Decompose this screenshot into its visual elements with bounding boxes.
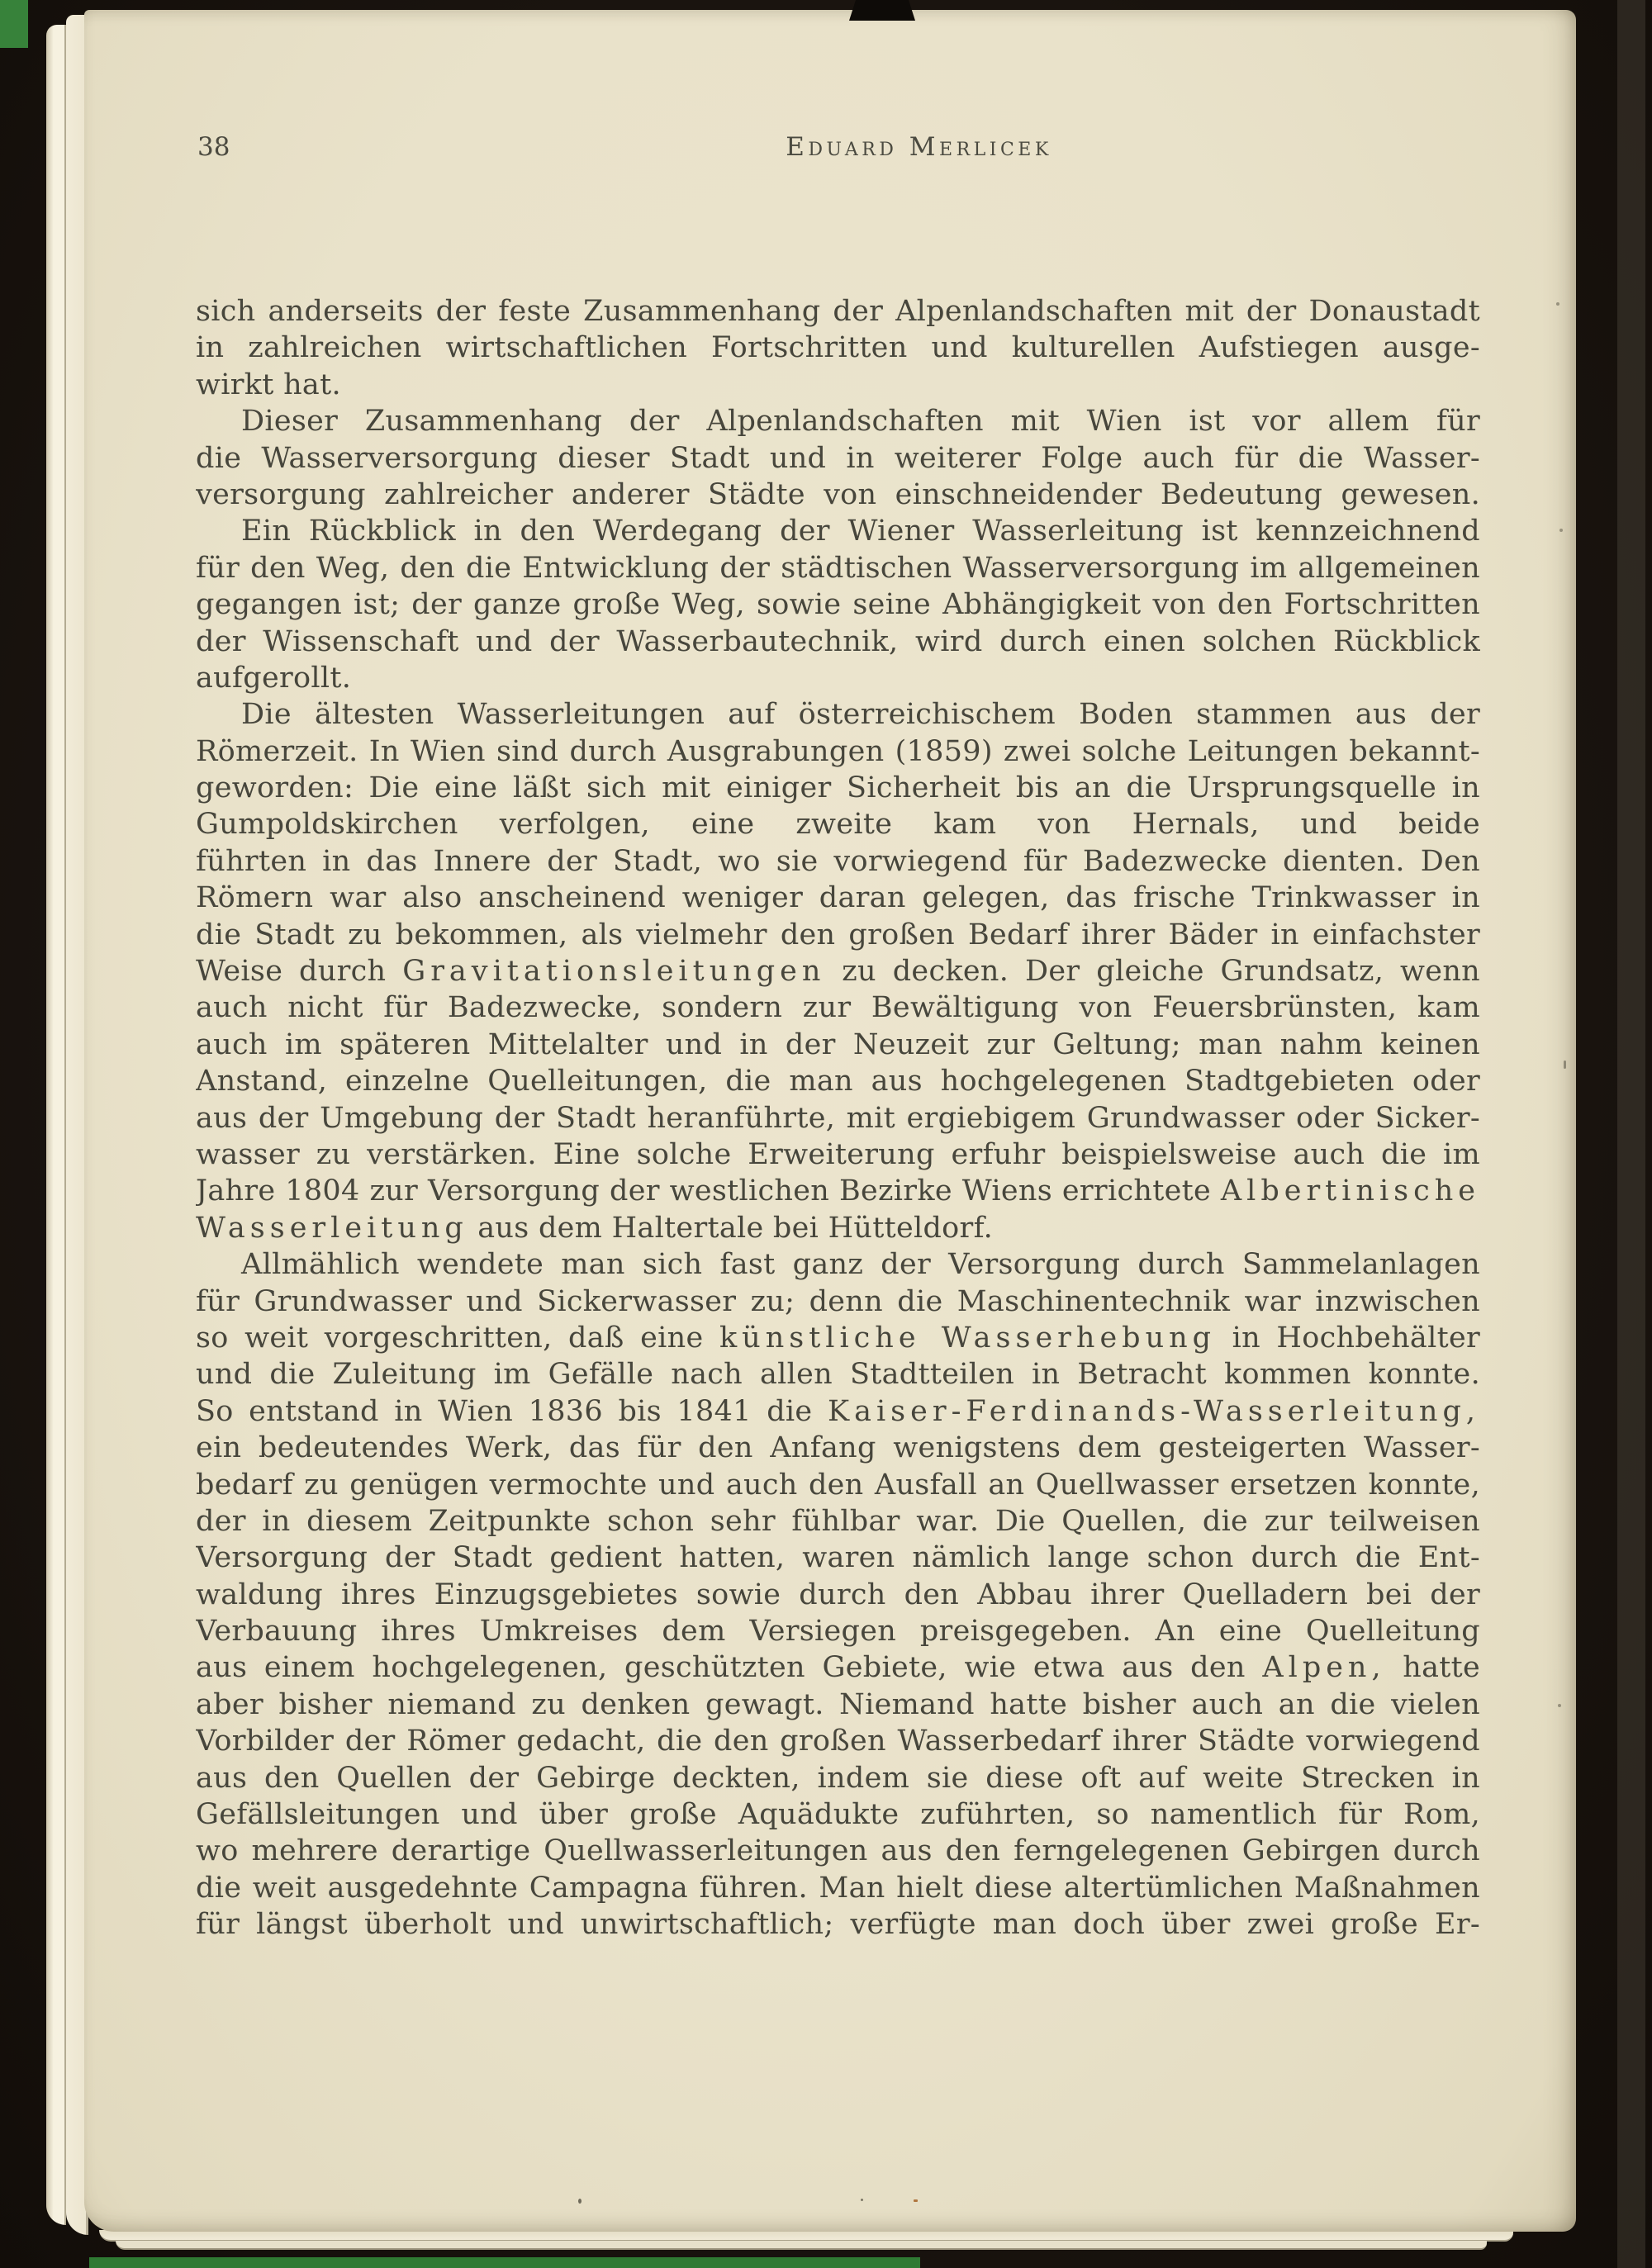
text-line: Gefällsleitungen und über große Aquädukt… [196,1796,1480,1833]
text-line: die Wasserversorgung dieser Stadt und in… [196,440,1480,477]
cradle-clamp-top [849,0,915,21]
scanner-right-band [1617,0,1645,2268]
dust-speck [1556,302,1559,306]
text-line: sich anderseits der feste Zusammenhang d… [196,293,1480,330]
dust-speck [578,2199,582,2204]
text-line: auch nicht für Badezwecke, sondern zur B… [196,989,1480,1026]
text-line: der Wissenschaft und der Wasserbautechni… [196,624,1480,660]
text-line: für den Weg, den die Entwicklung der stä… [196,550,1480,586]
text-line: Die ältesten Wasserleitungen auf österre… [196,696,1480,733]
text-line: Anstand, einzelne Quelleitungen, die man… [196,1063,1480,1099]
text-line: die Stadt zu bekommen, als vielmehr den … [196,917,1480,953]
text-line: Gumpoldskirchen verfolgen, eine zweite k… [196,806,1480,842]
text-line: ein bedeutendes Werk, das für den Anfang… [196,1430,1480,1466]
text-line: Wasserleitung aus dem Haltertale bei Hüt… [196,1210,1480,1246]
text-line: für längst überholt und unwirtschaftlich… [196,1906,1480,1943]
text-line: Dieser Zusammenhang der Alpenlandschafte… [196,403,1480,439]
dust-speck [1564,1060,1566,1069]
page-stack-edge-bottom-outer [99,2230,1513,2242]
dust-speck [861,2199,863,2201]
green-marker-bottom [89,2257,920,2268]
text-line: und die Zuleitung im Gefälle nach allen … [196,1356,1480,1393]
text-line: wo mehrere derartige Quellwasserleitunge… [196,1833,1480,1869]
text-line: gegangen ist; der ganze große Weg, sowie… [196,586,1480,623]
text-line: Allmählich wendete man sich fast ganz de… [196,1246,1480,1283]
text-line: aufgerollt. [196,660,1480,696]
page-number: 38 [197,130,230,164]
dust-speck [914,2199,918,2202]
text-line: so weit vorgeschritten, daß eine künstli… [196,1320,1480,1356]
text-line: für Grundwasser und Sickerwasser zu; den… [196,1283,1480,1320]
text-line: bedarf zu genügen vermochte und auch den… [196,1467,1480,1503]
text-line: wirkt hat. [196,367,1480,403]
text-line: versorgung zahlreicher anderer Städte vo… [196,477,1480,513]
text-line: aus der Umgebung der Stadt heranführte, … [196,1100,1480,1136]
text-line: waldung ihres Einzugsgebietes sowie durc… [196,1577,1480,1613]
text-line: Jahre 1804 zur Versorgung der westlichen… [196,1173,1480,1209]
text-line: der in diesem Zeitpunkte schon sehr fühl… [196,1503,1480,1540]
green-marker-top-left [0,0,28,48]
text-line: Versorgung der Stadt gedient hatten, war… [196,1540,1480,1576]
text-line: aber bisher niemand zu denken gewagt. Ni… [196,1687,1480,1723]
text-line: aus einem hochgelegenen, geschützten Geb… [196,1649,1480,1686]
page-stack-edge-bottom-inner [116,2241,1487,2250]
running-header: Eduard Merlicek [786,130,1052,164]
text-line: Verbauung ihres Umkreises dem Versiegen … [196,1613,1480,1649]
book-page: 38 Eduard Merlicek sich anderseits der f… [84,10,1576,2232]
page-header: 38 Eduard Merlicek [196,130,1480,168]
text-line: geworden: Die eine läßt sich mit einiger… [196,770,1480,806]
text-line: führten in das Innere der Stadt, wo sie … [196,843,1480,880]
text-line: Römerzeit. In Wien sind durch Ausgrabung… [196,733,1480,770]
text-line: Vorbilder der Römer gedacht, die den gro… [196,1723,1480,1759]
text-line: aus den Quellen der Gebirge deckten, ind… [196,1760,1480,1796]
text-line: Römern war also anscheinend weniger dara… [196,880,1480,916]
text-line: wasser zu verstärken. Eine solche Erweit… [196,1136,1480,1173]
dust-speck [1559,529,1563,532]
text-line: Weise durch Gravitationsleitungen zu dec… [196,953,1480,989]
text-line: die weit ausgedehnte Campagna führen. Ma… [196,1870,1480,1906]
dust-speck [1558,1704,1561,1707]
text-line: Ein Rückblick in den Werdegang der Wiene… [196,513,1480,549]
text-line: auch im späteren Mittelalter und in der … [196,1027,1480,1063]
text-line: in zahlreichen wirtschaftlichen Fortschr… [196,330,1480,366]
text-line: So entstand in Wien 1836 bis 1841 die Ka… [196,1393,1480,1430]
body-text: sich anderseits der feste Zusammenhang d… [196,293,1480,1943]
page-stack-edge-left-outer [46,25,66,2225]
